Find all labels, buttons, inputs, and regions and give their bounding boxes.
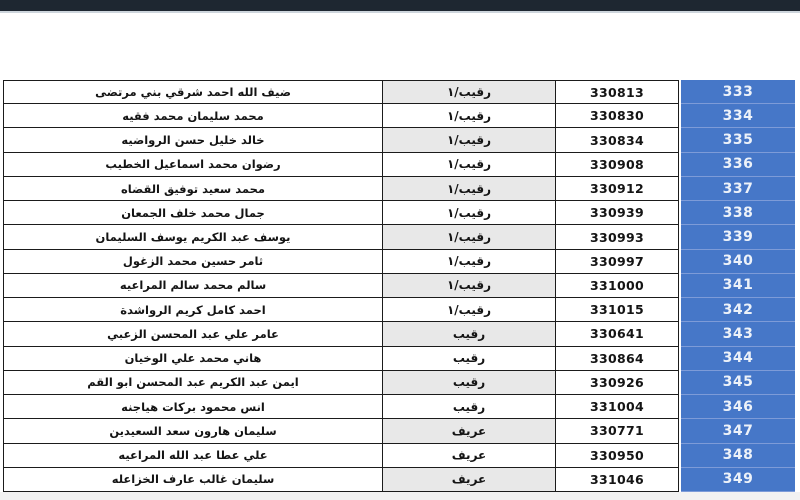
serial-number-cell: 346 (681, 395, 795, 419)
serial-number-cell: 347 (681, 419, 795, 443)
serial-number-cell: 348 (681, 444, 795, 468)
serial-number-cell: 333 (681, 80, 795, 104)
column-gap (679, 347, 681, 371)
full-name-cell: احمد كامل كريم الرواشدة (3, 298, 383, 322)
rank-cell: رقيب/١ (383, 153, 556, 177)
column-gap (679, 80, 681, 104)
row-data-group: 330771عريفسليمان هارون سعد السعيدين (3, 419, 679, 443)
row-data-group: 331015رقيب/١احمد كامل كريم الرواشدة (3, 298, 679, 322)
rank-cell: عريف (383, 419, 556, 443)
table-row: 338330939رقيب/١جمال محمد خلف الجمعان (3, 201, 795, 225)
row-data-group: 331004رقيبانس محمود بركات هياجنه (3, 395, 679, 419)
full-name-cell: جمال محمد خلف الجمعان (3, 201, 383, 225)
serial-number-cell: 337 (681, 177, 795, 201)
rank-cell: عريف (383, 444, 556, 468)
table-row: 347330771عريفسليمان هارون سعد السعيدين (3, 419, 795, 443)
service-number-cell: 330912 (556, 177, 679, 201)
serial-number-cell: 338 (681, 201, 795, 225)
rank-cell: رقيب (383, 347, 556, 371)
row-data-group: 330993رقيب/١يوسف عبد الكريم يوسف السليما… (3, 225, 679, 249)
column-gap (679, 128, 681, 152)
column-gap (679, 225, 681, 249)
row-data-group: 330950عريفعلي عطا عبد الله المراعيه (3, 444, 679, 468)
column-gap (679, 395, 681, 419)
full-name-cell: رضوان محمد اسماعيل الخطيب (3, 153, 383, 177)
row-data-group: 330641رقيبعامر علي عبد المحسن الزعبي (3, 322, 679, 346)
service-number-cell: 330864 (556, 347, 679, 371)
service-number-cell: 330771 (556, 419, 679, 443)
service-number-cell: 331004 (556, 395, 679, 419)
row-data-group: 330813رقيب/١ضيف الله احمد شرقي بني مرتضى (3, 80, 679, 104)
full-name-cell: علي عطا عبد الله المراعيه (3, 444, 383, 468)
service-number-cell: 330993 (556, 225, 679, 249)
rank-cell: عريف (383, 468, 556, 492)
table-row: 344330864رقيبهاني محمد علي الوخيان (3, 347, 795, 371)
service-number-cell: 330641 (556, 322, 679, 346)
full-name-cell: ايمن عبد الكريم عبد المحسن ابو القم (3, 371, 383, 395)
full-name-cell: سالم محمد سالم المراعيه (3, 274, 383, 298)
full-name-cell: انس محمود بركات هياجنه (3, 395, 383, 419)
serial-number-cell: 341 (681, 274, 795, 298)
full-name-cell: خالد خليل حسن الرواضيه (3, 128, 383, 152)
row-data-group: 330830رقيب/١محمد سليمان محمد فقيه (3, 104, 679, 128)
serial-number-cell: 342 (681, 298, 795, 322)
service-number-cell: 330813 (556, 80, 679, 104)
rank-cell: رقيب (383, 395, 556, 419)
page-bottom-strip (0, 492, 800, 500)
column-gap (679, 177, 681, 201)
window-top-bar (0, 0, 800, 13)
serial-number-cell: 334 (681, 104, 795, 128)
rank-cell: رقيب (383, 371, 556, 395)
table-row: 333330813رقيب/١ضيف الله احمد شرقي بني مر… (3, 80, 795, 104)
table-row: 346331004رقيبانس محمود بركات هياجنه (3, 395, 795, 419)
table-row: 348330950عريفعلي عطا عبد الله المراعيه (3, 444, 795, 468)
service-number-cell: 330939 (556, 201, 679, 225)
rank-cell: رقيب/١ (383, 177, 556, 201)
serial-number-cell: 336 (681, 153, 795, 177)
service-number-cell: 330834 (556, 128, 679, 152)
rank-cell: رقيب/١ (383, 104, 556, 128)
full-name-cell: ثامر حسين محمد الزغول (3, 250, 383, 274)
rank-cell: رقيب/١ (383, 250, 556, 274)
row-data-group: 330864رقيبهاني محمد علي الوخيان (3, 347, 679, 371)
row-data-group: 330997رقيب/١ثامر حسين محمد الزغول (3, 250, 679, 274)
table-row: 343330641رقيبعامر علي عبد المحسن الزعبي (3, 322, 795, 346)
table-row: 349331046عريفسليمان غالب عارف الخزاعله (3, 468, 795, 492)
full-name-cell: سليمان هارون سعد السعيدين (3, 419, 383, 443)
service-number-cell: 330950 (556, 444, 679, 468)
serial-number-cell: 345 (681, 371, 795, 395)
table-row: 335330834رقيب/١خالد خليل حسن الرواضيه (3, 128, 795, 152)
full-name-cell: محمد سعيد توفيق القضاه (3, 177, 383, 201)
column-gap (679, 444, 681, 468)
service-number-cell: 331000 (556, 274, 679, 298)
rank-cell: رقيب/١ (383, 225, 556, 249)
service-number-cell: 330997 (556, 250, 679, 274)
full-name-cell: هاني محمد علي الوخيان (3, 347, 383, 371)
serial-number-cell: 344 (681, 347, 795, 371)
rank-cell: رقيب/١ (383, 298, 556, 322)
rank-cell: رقيب/١ (383, 80, 556, 104)
column-gap (679, 250, 681, 274)
serial-number-cell: 335 (681, 128, 795, 152)
column-gap (679, 468, 681, 492)
row-data-group: 330912رقيب/١محمد سعيد توفيق القضاه (3, 177, 679, 201)
table-row: 334330830رقيب/١محمد سليمان محمد فقيه (3, 104, 795, 128)
service-number-cell: 330830 (556, 104, 679, 128)
service-number-cell: 331046 (556, 468, 679, 492)
column-gap (679, 371, 681, 395)
table-row: 337330912رقيب/١محمد سعيد توفيق القضاه (3, 177, 795, 201)
table-row: 336330908رقيب/١رضوان محمد اسماعيل الخطيب (3, 153, 795, 177)
column-gap (679, 153, 681, 177)
personnel-roster-table: 333330813رقيب/١ضيف الله احمد شرقي بني مر… (3, 80, 795, 492)
full-name-cell: يوسف عبد الكريم يوسف السليمان (3, 225, 383, 249)
table-row: 342331015رقيب/١احمد كامل كريم الرواشدة (3, 298, 795, 322)
column-gap (679, 104, 681, 128)
column-gap (679, 419, 681, 443)
serial-number-cell: 340 (681, 250, 795, 274)
row-data-group: 330926رقيبايمن عبد الكريم عبد المحسن ابو… (3, 371, 679, 395)
table-row: 341331000رقيب/١سالم محمد سالم المراعيه (3, 274, 795, 298)
table-row: 340330997رقيب/١ثامر حسين محمد الزغول (3, 250, 795, 274)
serial-number-cell: 349 (681, 468, 795, 492)
serial-number-cell: 343 (681, 322, 795, 346)
full-name-cell: محمد سليمان محمد فقيه (3, 104, 383, 128)
table-row: 345330926رقيبايمن عبد الكريم عبد المحسن … (3, 371, 795, 395)
table-row: 339330993رقيب/١يوسف عبد الكريم يوسف السل… (3, 225, 795, 249)
row-data-group: 331046عريفسليمان غالب عارف الخزاعله (3, 468, 679, 492)
full-name-cell: سليمان غالب عارف الخزاعله (3, 468, 383, 492)
column-gap (679, 298, 681, 322)
service-number-cell: 331015 (556, 298, 679, 322)
rank-cell: رقيب/١ (383, 128, 556, 152)
row-data-group: 330939رقيب/١جمال محمد خلف الجمعان (3, 201, 679, 225)
column-gap (679, 322, 681, 346)
service-number-cell: 330926 (556, 371, 679, 395)
column-gap (679, 274, 681, 298)
rank-cell: رقيب/١ (383, 201, 556, 225)
full-name-cell: ضيف الله احمد شرقي بني مرتضى (3, 80, 383, 104)
rank-cell: رقيب/١ (383, 274, 556, 298)
service-number-cell: 330908 (556, 153, 679, 177)
row-data-group: 330834رقيب/١خالد خليل حسن الرواضيه (3, 128, 679, 152)
serial-number-cell: 339 (681, 225, 795, 249)
full-name-cell: عامر علي عبد المحسن الزعبي (3, 322, 383, 346)
rank-cell: رقيب (383, 322, 556, 346)
column-gap (679, 201, 681, 225)
row-data-group: 330908رقيب/١رضوان محمد اسماعيل الخطيب (3, 153, 679, 177)
row-data-group: 331000رقيب/١سالم محمد سالم المراعيه (3, 274, 679, 298)
